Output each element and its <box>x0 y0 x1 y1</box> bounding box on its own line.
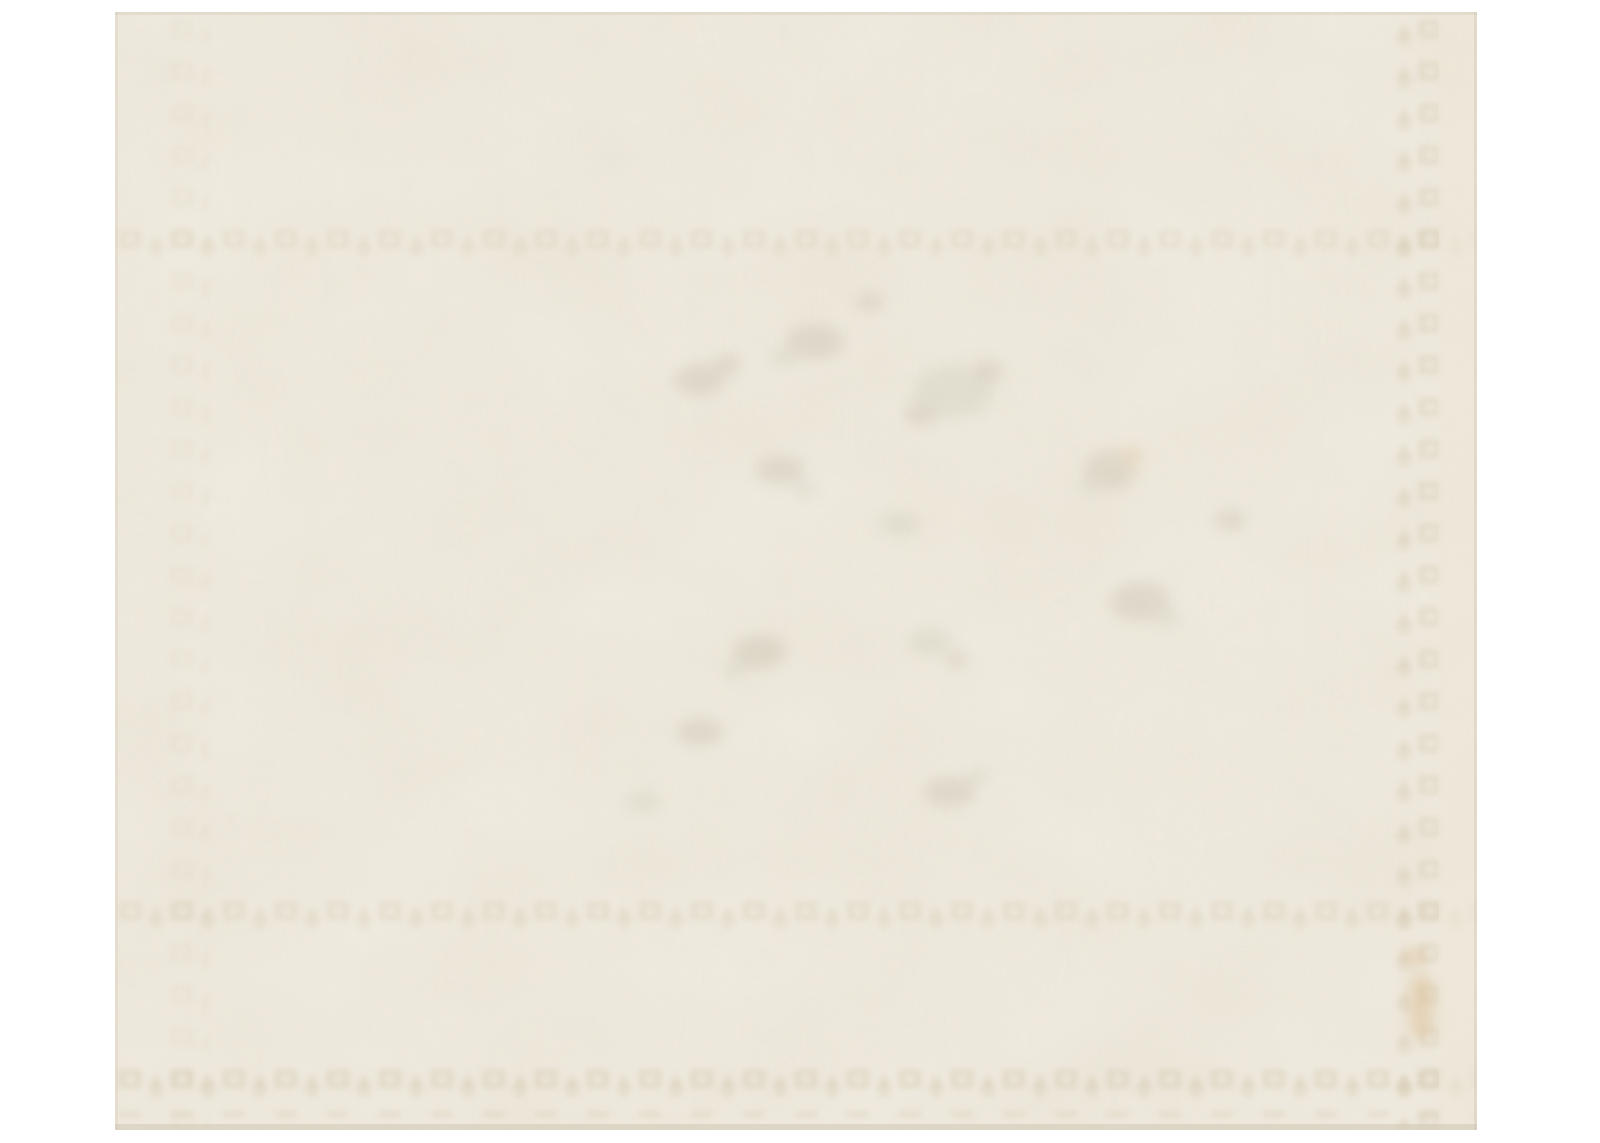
rug-texture-art <box>115 12 1477 1130</box>
photo-grain <box>115 12 1477 1130</box>
rug-photo <box>115 12 1477 1130</box>
product-photo-canvas <box>0 0 1600 1143</box>
